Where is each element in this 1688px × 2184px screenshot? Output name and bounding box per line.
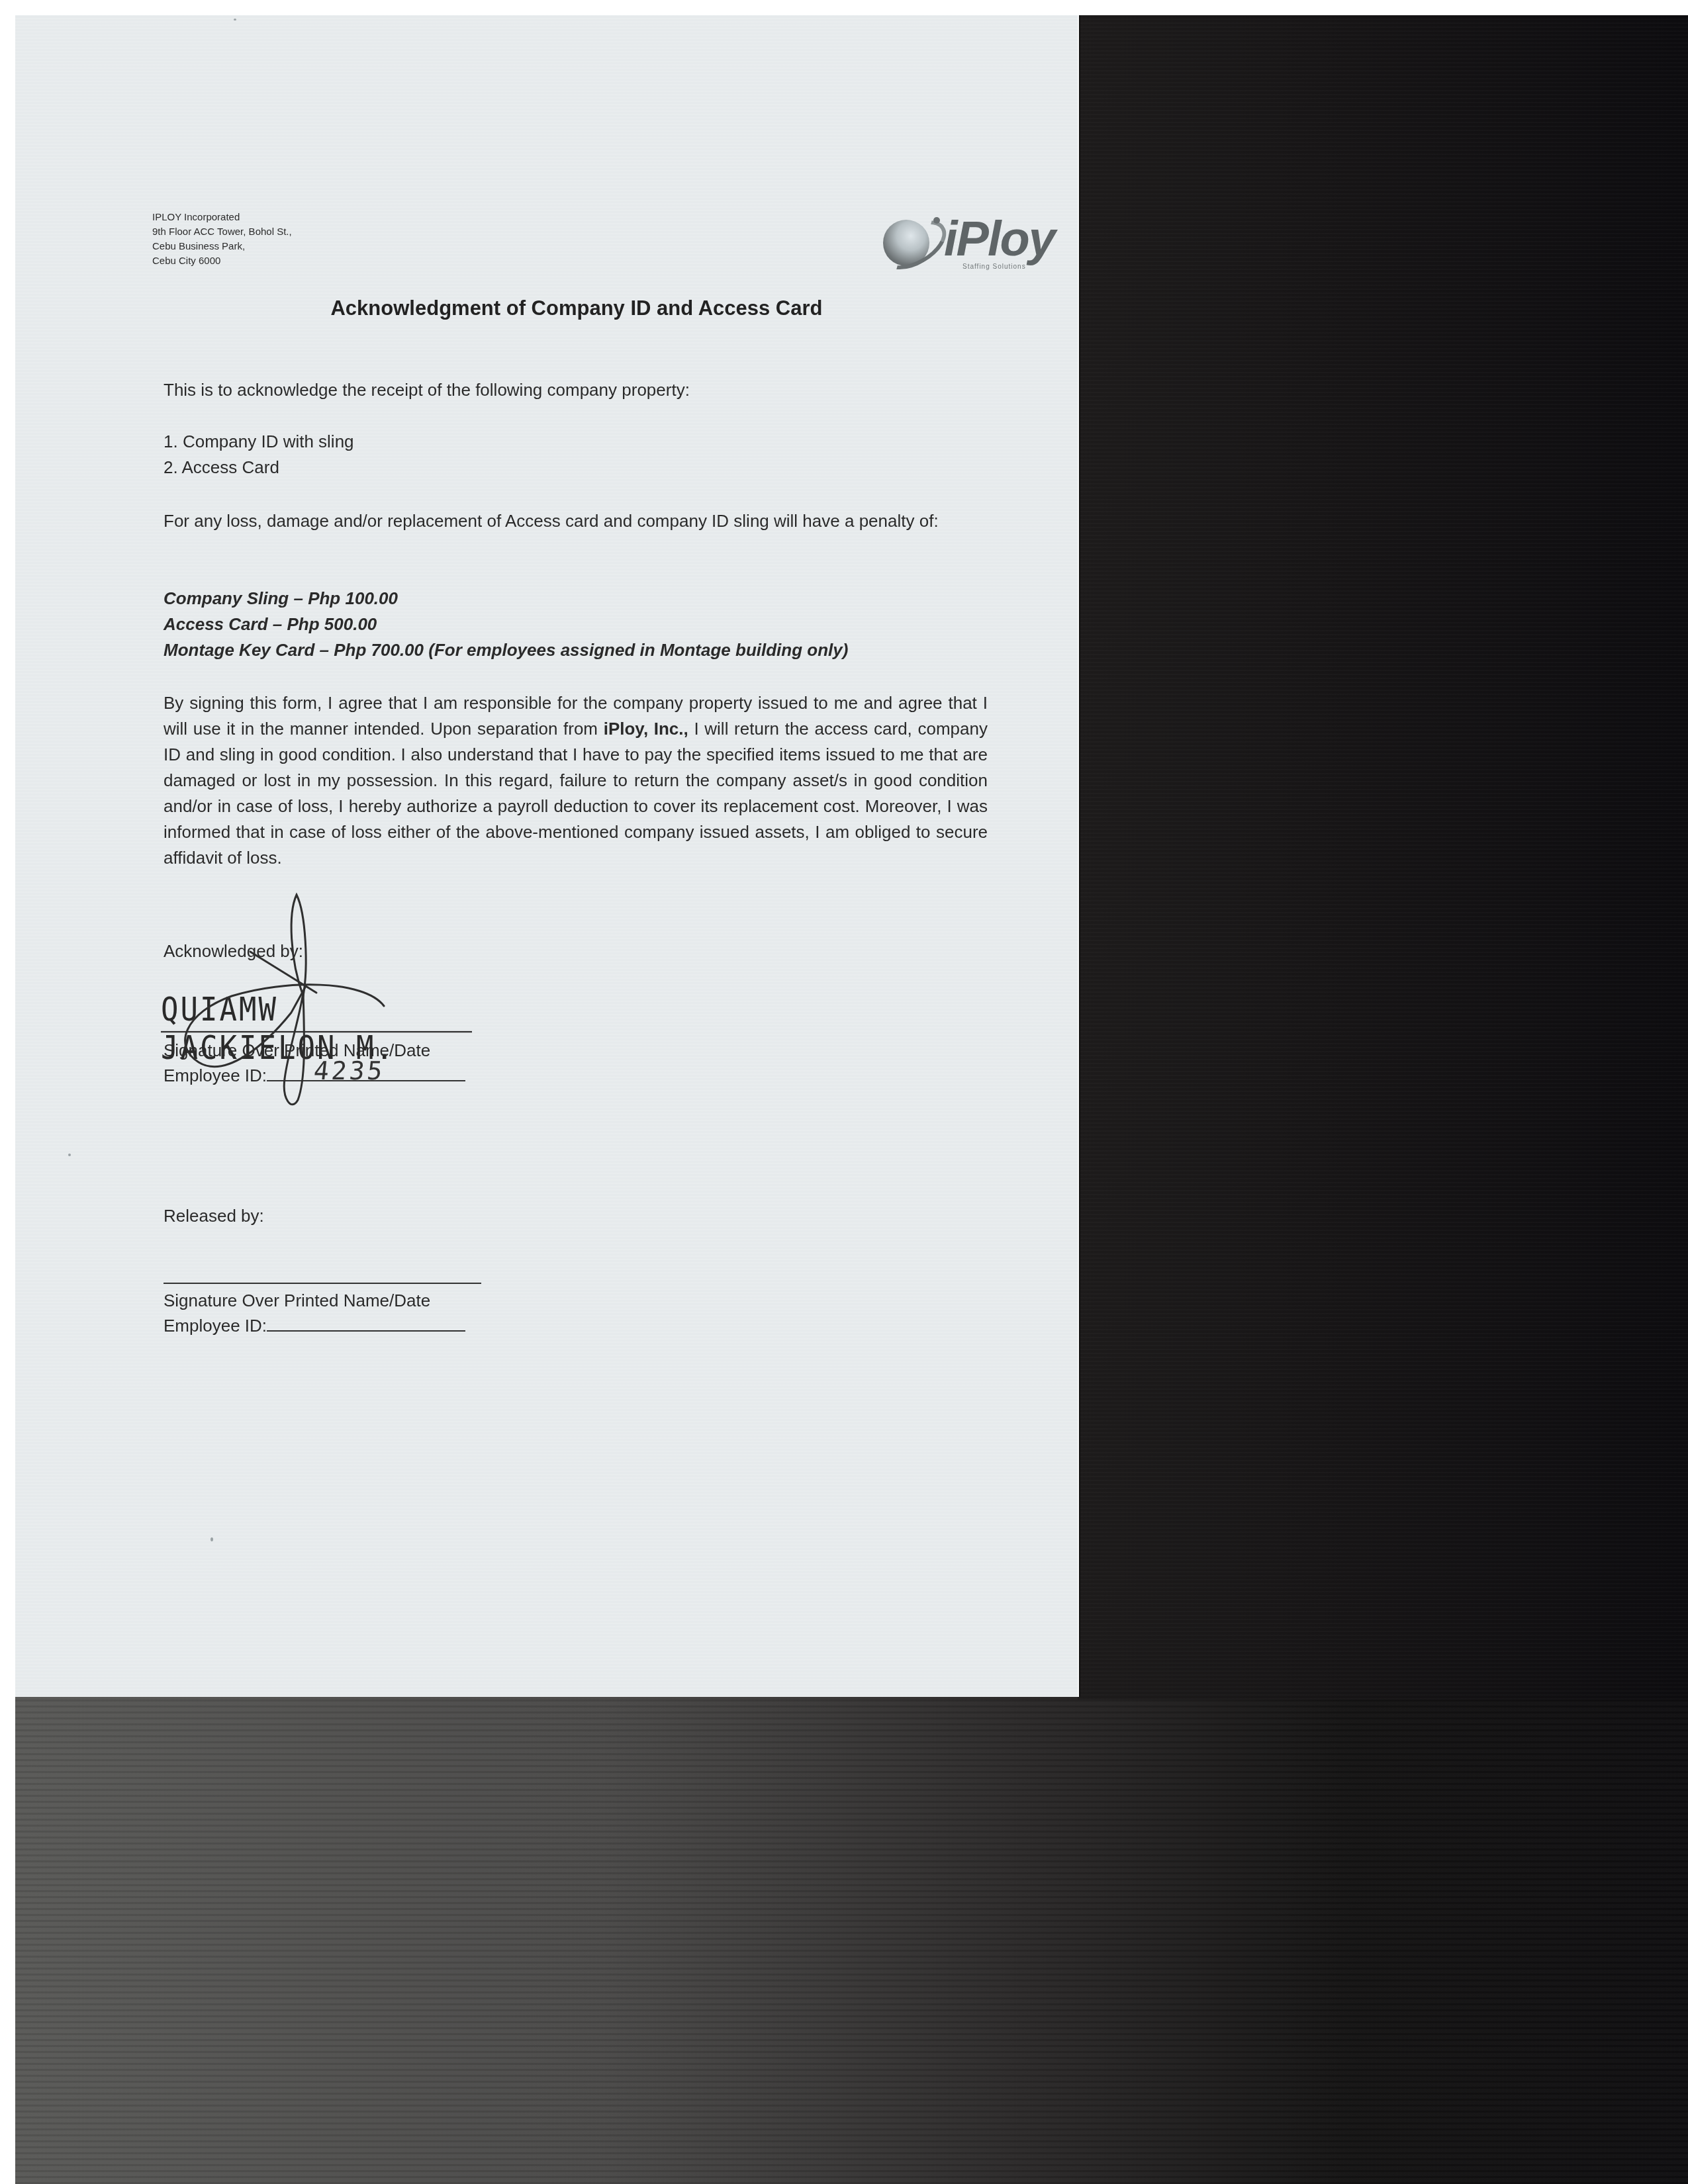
signature-caption: Signature Over Printed Name/Date [164,1040,430,1061]
property-list: 1. Company ID with sling 2. Access Card [164,429,988,480]
scanner-dark-region [1078,15,1688,1700]
address-line: IPLOY Incorporated [152,210,292,225]
paper-speck [211,1537,213,1541]
penalty-item: Montage Key Card – Php 700.00 (For emplo… [164,637,988,663]
list-item: 1. Company ID with sling [164,429,988,455]
employee-id-label: Employee ID: [164,1066,267,1085]
logo-tagline: Staffing Solutions [962,263,1026,271]
document-title: Acknowledgment of Company ID and Access … [0,296,1153,320]
company-name-bold: iPloy, Inc., [604,719,688,739]
signature-caption: Signature Over Printed Name/Date [164,1291,430,1311]
acknowledged-by-label: Acknowledged by: [164,941,303,962]
address-line: Cebu City 6000 [152,254,292,269]
address-line: 9th Floor ACC Tower, Bohol St., [152,225,292,240]
intro-text: This is to acknowledge the receipt of th… [164,377,988,403]
company-logo: iPloy Staffing Solutions [879,213,1058,273]
employee-id-label: Employee ID: [164,1316,267,1336]
handwritten-employee-id: 4235 [312,1056,387,1085]
address-line: Cebu Business Park, [152,240,292,254]
released-by-label: Released by: [164,1206,264,1226]
released-signature-line [164,1283,481,1284]
paper-speck [68,1154,71,1156]
penalty-item: Company Sling – Php 100.00 [164,586,988,612]
paper-speck [234,19,236,21]
employee-id-field: Employee ID: [164,1316,465,1336]
orbit-dot-icon [933,217,940,224]
agreement-paragraph: By signing this form, I agree that I am … [164,690,988,871]
company-address: IPLOY Incorporated 9th Floor ACC Tower, … [152,210,292,269]
penalty-note: For any loss, damage and/or replacement … [164,508,988,534]
penalty-item: Access Card – Php 500.00 [164,612,988,637]
logo-wordmark: iPloy [944,213,1055,265]
scanner-noise [15,1700,1688,2184]
handwritten-printed-name: QUIAMW JACKIELON M. [161,990,472,1032]
penalty-list: Company Sling – Php 100.00 Access Card –… [164,586,988,663]
employee-id-line [267,1316,465,1332]
agreement-text: I will return the access card, company I… [164,719,988,868]
list-item: 2. Access Card [164,455,988,480]
